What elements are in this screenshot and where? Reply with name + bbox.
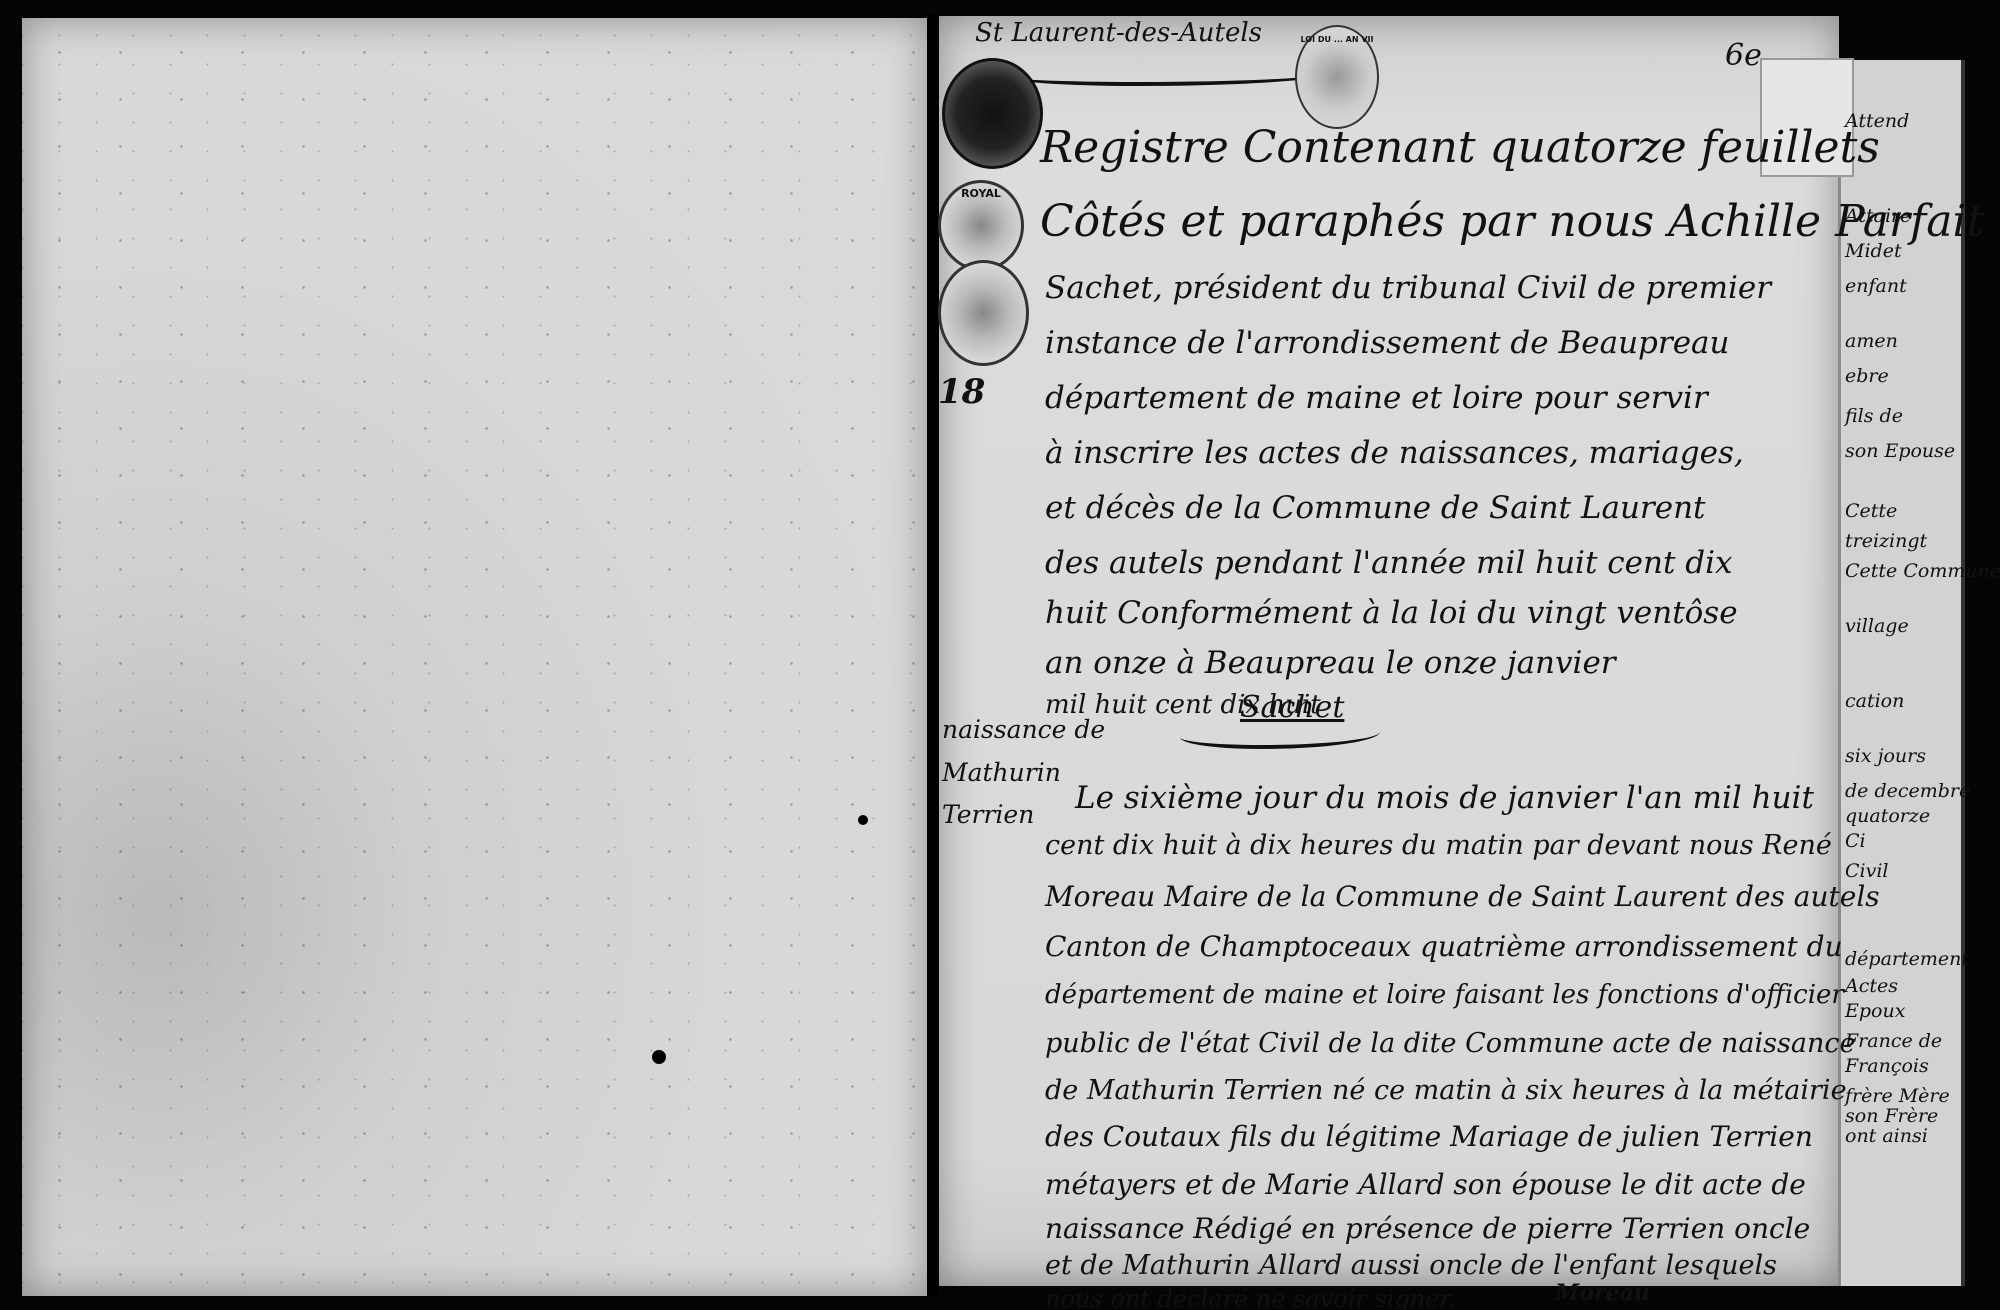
entry-line: naissance Rédigé en présence de pierre T… [1045,1212,1810,1245]
margin-fragment: Epoux [1845,1000,1905,1022]
timbre-stamp-1 [942,58,1043,169]
timbre-stamp-2 [938,260,1029,366]
margin-fragment: Civil [1845,860,1889,882]
seal-stamp: LOI DU ... AN VII [1295,25,1379,129]
preamble-line: et décès de la Commune de Saint Laurent [1045,490,1706,526]
margin-fragment: fils de [1845,405,1903,427]
margin-fragment: département [1845,948,1969,970]
margin-note-line: Terrien [942,800,1034,829]
margin-fragment: François [1845,1055,1929,1077]
preamble-line: Sachet, président du tribunal Civil de p… [1045,270,1771,306]
margin-fragment: France de [1845,1030,1942,1052]
margin-fragment: Ci [1845,830,1866,852]
preamble-line: instance de l'arrondissement de Beauprea… [1045,325,1730,361]
page-mark: 6e [1725,38,1762,73]
margin-fragment: Actes [1845,975,1898,997]
entry-line: métayers et de Marie Allard son épouse l… [1045,1168,1806,1201]
margin-fragment: Midet [1845,240,1902,262]
entry-line: de Mathurin Terrien né ce matin à six he… [1045,1075,1847,1106]
margin-fragment: quatorze [1845,805,1930,827]
margin-fragment: amen [1845,330,1898,352]
margin-fragment: ont ainsi [1845,1125,1928,1147]
entry-line: des Coutaux fils du légitime Mariage de … [1045,1120,1813,1153]
margin-fragment: de decembre [1845,780,1970,802]
entry-line: cent dix huit à dix heures du matin par … [1045,830,1832,861]
header-place: St Laurent-des-Autels [975,18,1262,48]
entry-line: et de Mathurin Allard aussi oncle de l'e… [1045,1250,1777,1281]
ink-blot [652,1050,666,1064]
margin-fragment: village [1845,615,1909,637]
margin-fragment: six jours [1845,745,1926,767]
entry-line: public de l'état Civil de la dite Commun… [1045,1028,1855,1059]
margin-note-line: Mathurin [942,758,1061,787]
book-spine [927,14,939,1296]
preamble-line: huit Conformément à la loi du vingt vent… [1045,595,1738,631]
margin-note-line: naissance de [942,715,1105,744]
royal-stamp: ROYAL [938,180,1024,271]
preamble-line: an onze à Beaupreau le onze janvier [1045,645,1616,681]
margin-fragment: cation [1845,690,1904,712]
margin-fragment: enfant [1845,275,1907,297]
ink-blot [858,815,868,825]
margin-fragment: Cette [1845,500,1897,522]
entry-line: nous ont déclaré ne savoir signer. [1045,1285,1456,1310]
margin-fragment: son Epouse [1845,440,1955,462]
folio-number: 18 [938,372,985,412]
preamble-line: Registre Contenant quatorze feuillets [1040,122,1880,173]
margin-fragment: frère Mère [1845,1085,1950,1107]
entry-line: Le sixième jour du mois de janvier l'an … [1075,780,1814,816]
margin-fragment: ebre [1845,365,1889,387]
margin-fragment: treizingt [1845,530,1927,552]
preamble-line: des autels pendant l'année mil huit cent… [1045,545,1733,581]
margin-fragment: son Frère [1845,1105,1938,1127]
margin-fragment: Cette Commune [1845,560,2000,582]
preamble-line: département de maine et loire pour servi… [1045,380,1708,416]
entry-signature: Moreau [1555,1280,1650,1306]
entry-line: département de maine et loire faisant le… [1045,980,1844,1010]
blank-left-page [22,18,927,1296]
margin-fragment: Attaire [1845,205,1911,227]
entry-line: Moreau Maire de la Commune de Saint Laur… [1045,880,1880,913]
margin-fragment: Attend [1845,110,1909,132]
preamble-line: à inscrire les actes de naissances, mari… [1045,435,1744,471]
preamble-line: Côtés et paraphés par nous Achille Parfa… [1040,196,1984,247]
entry-line: Canton de Champtoceaux quatrième arrondi… [1045,930,1843,963]
